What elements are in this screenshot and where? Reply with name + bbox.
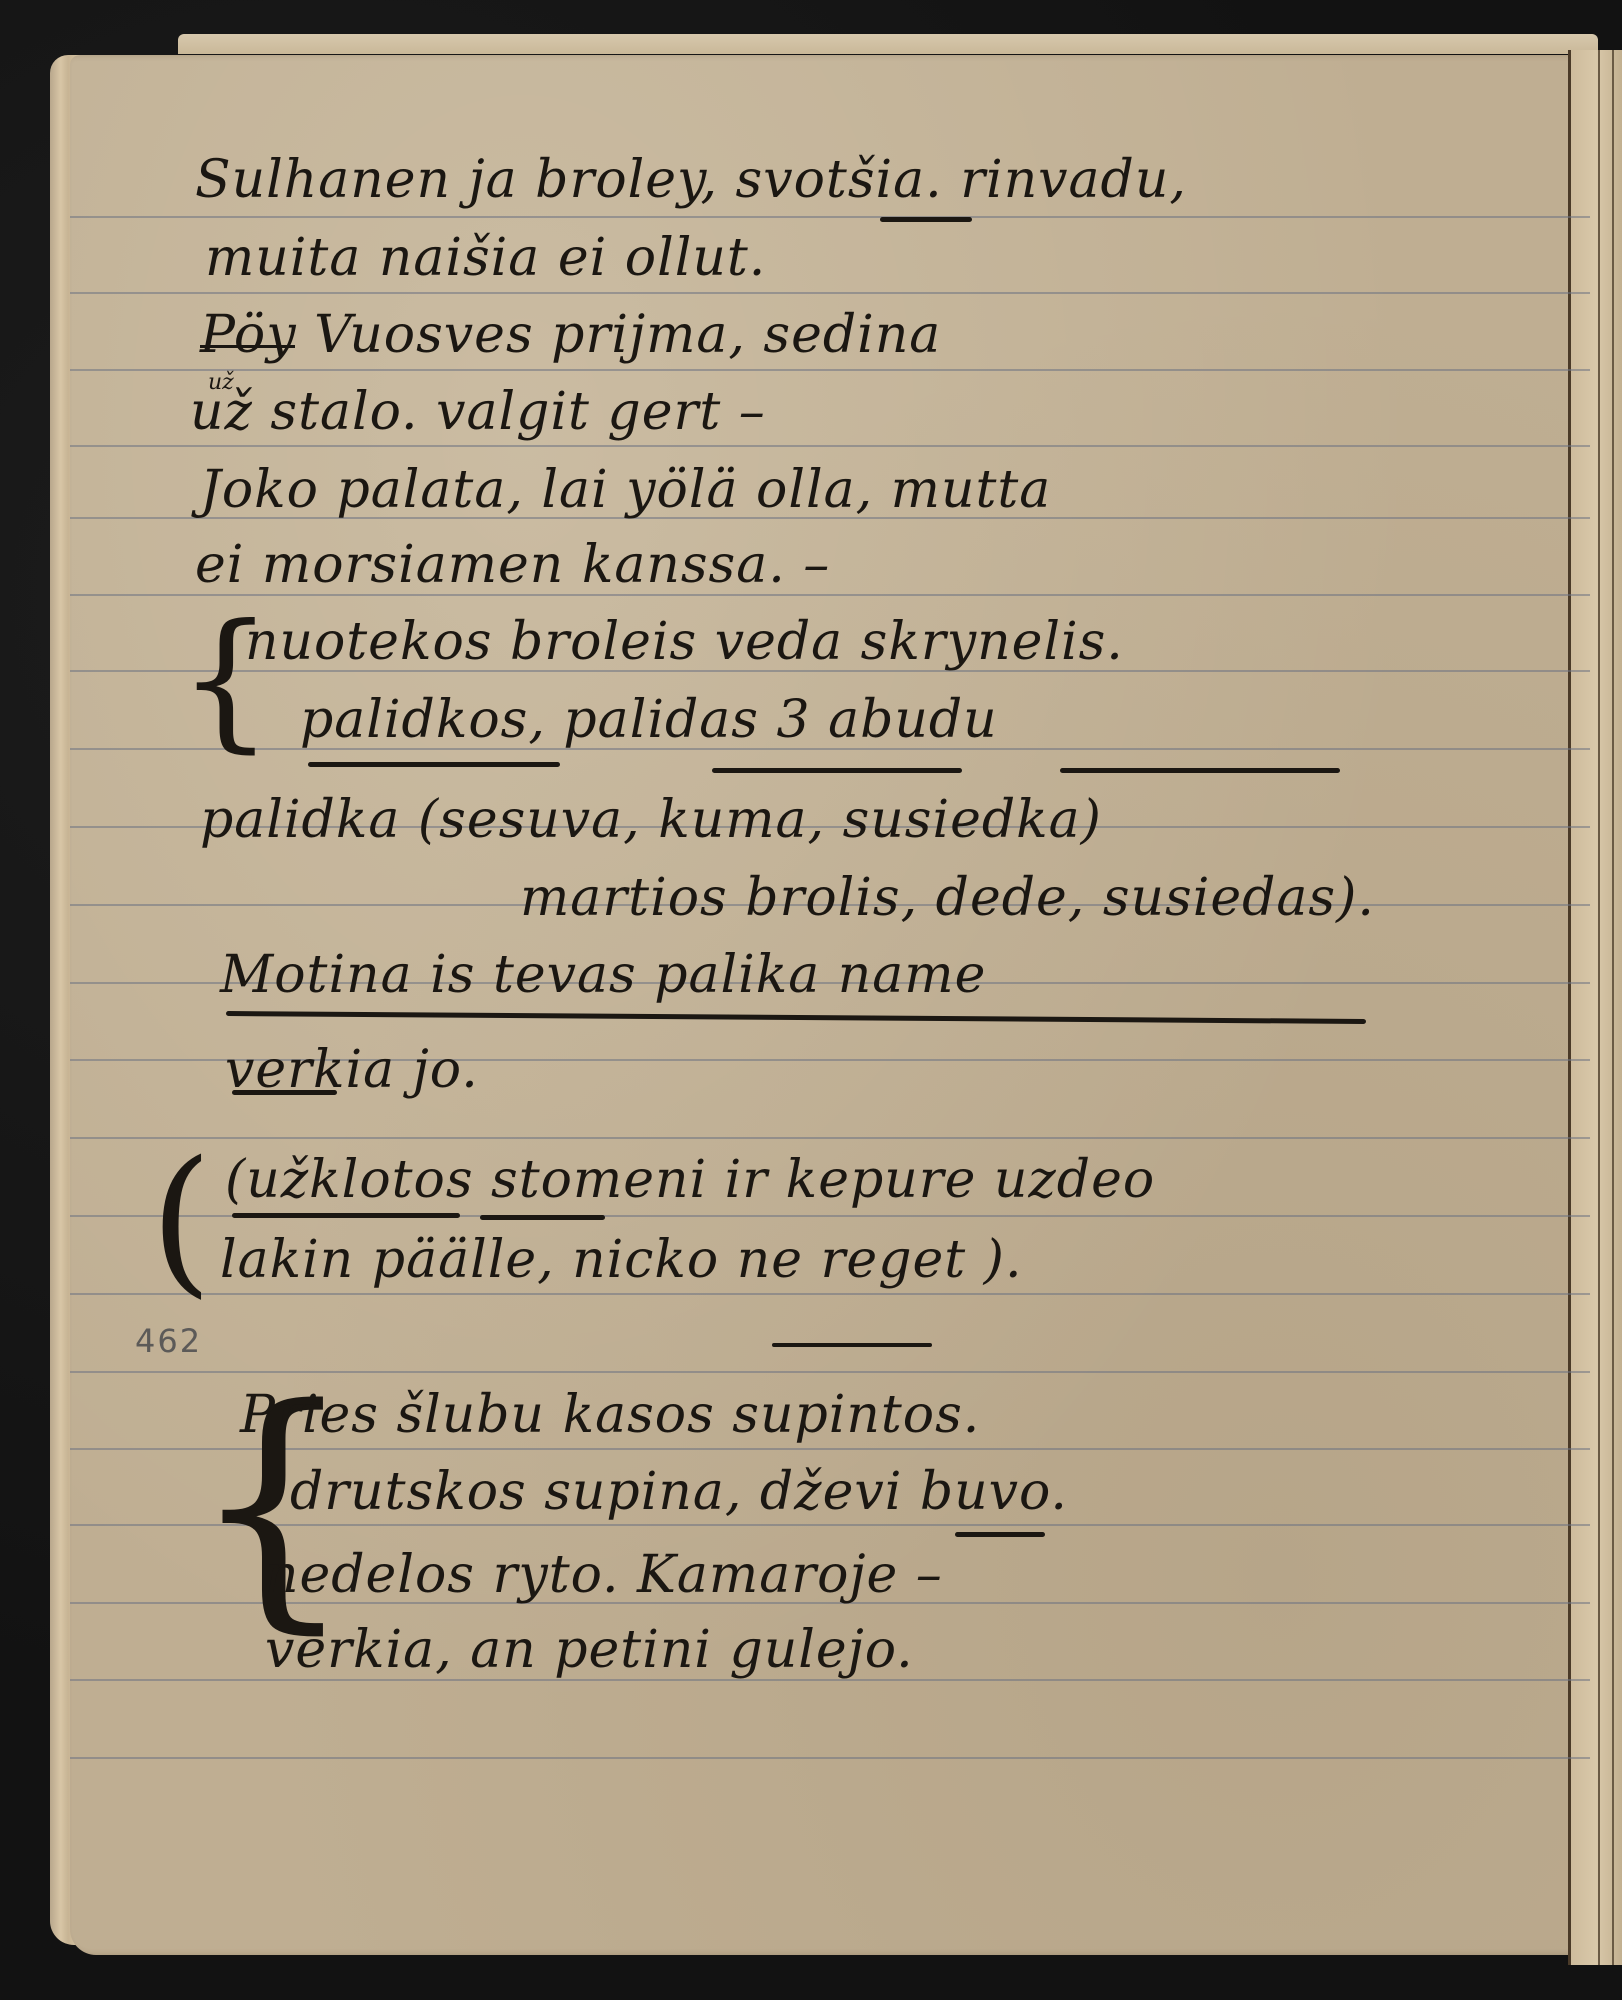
handwritten-line: palidka (sesuva, kuma, susiedka) — [200, 790, 1102, 850]
page-stack-right-edge — [1570, 50, 1622, 1965]
handwritten-line: Pöy Vuosves prijma, sedina — [200, 305, 941, 365]
underline — [1060, 768, 1340, 773]
handwritten-line: Sulhanen ja broley, svotšia. rinvadu, — [195, 150, 1187, 210]
page-edge-line — [1598, 50, 1600, 1965]
handwritten-line: (užklotos stomeni ir kepure uzdeo — [225, 1150, 1155, 1210]
ruled-line — [70, 445, 1590, 447]
handwritten-line: nedelos ryto. Kamaroje – — [265, 1545, 943, 1605]
handwritten-line: muita naišia ei ollut. — [205, 228, 766, 288]
ruled-line — [70, 369, 1590, 371]
ruled-line — [70, 1757, 1590, 1759]
section-separator — [772, 1343, 932, 1347]
underline — [232, 1213, 460, 1218]
underline — [880, 217, 972, 222]
handwritten-line: Joko palata, lai yölä olla, mutta — [200, 460, 1051, 520]
ruled-line — [70, 1293, 1590, 1295]
handwritten-line: drutskos supina, dževi buvo. — [290, 1462, 1068, 1522]
handwritten-line: palidkos, palidas 3 abudu — [300, 690, 998, 750]
ruled-line — [70, 1137, 1590, 1139]
page-top-flap — [178, 34, 1598, 54]
underline — [480, 1215, 605, 1220]
strikethrough — [200, 345, 295, 348]
page-fold-line — [1568, 50, 1571, 1965]
handwritten-line: Pries šlubu kasos supintos. — [240, 1385, 980, 1445]
handwritten-line: Motina is tevas palika name — [220, 945, 986, 1005]
handwritten-line: už stalo. valgit gert – — [190, 382, 766, 442]
handwritten-line: verkia, an petini gulejo. — [265, 1620, 914, 1680]
left-parenthesis-bracket: ( — [150, 1140, 212, 1300]
page-edge-line — [1612, 50, 1614, 1965]
handwritten-line: lakin päälle, nicko ne reget ). — [220, 1230, 1023, 1290]
underline — [955, 1532, 1045, 1537]
handwritten-line: martios brolis, dede, susiedas). — [520, 868, 1375, 928]
underline — [308, 762, 560, 767]
underline — [712, 768, 962, 773]
ruled-line — [70, 292, 1590, 294]
ruled-line — [70, 216, 1590, 218]
underline — [232, 1090, 337, 1095]
handwritten-line: ei morsiamen kanssa. – — [195, 535, 830, 595]
handwritten-line: nuotekos broleis veda skrynelis. — [245, 612, 1124, 672]
